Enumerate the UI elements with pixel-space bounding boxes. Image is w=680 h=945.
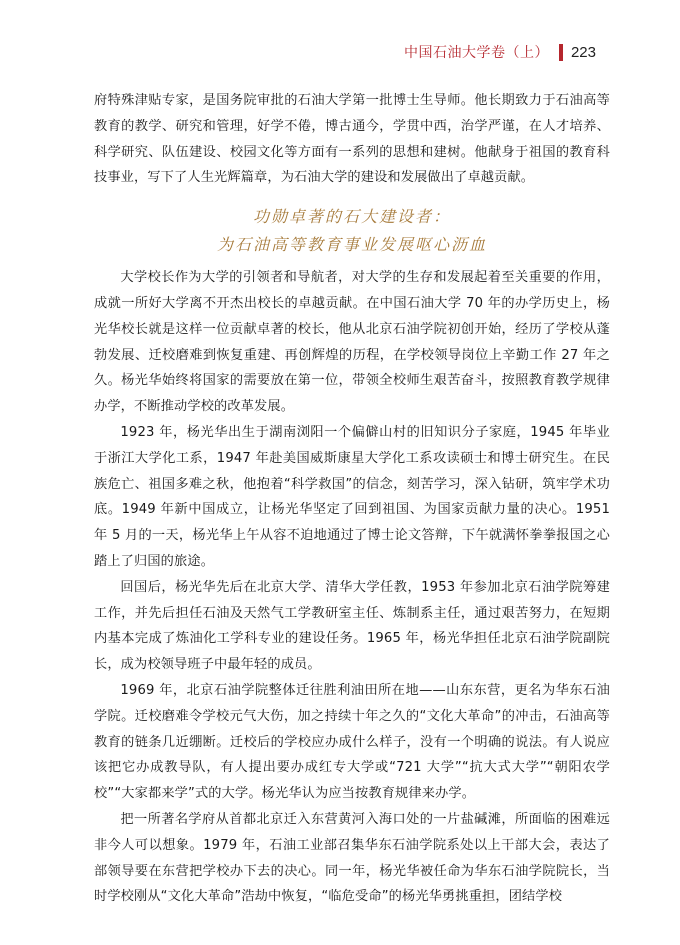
paragraph: 把一所著名学府从首都北京迁入东营黄河入海口处的一片盐碱滩，所面临的困难远非今人可… [94,807,610,910]
paragraph: 1969 年，北京石油学院整体迁往胜利油田所在地——山东东营，更名为华东石油学院… [94,678,610,807]
paragraph: 回国后，杨光华先后在北京大学、清华大学任教，1953 年参加北京石油学院筹建工作… [94,575,610,678]
paragraph: 1923 年，杨光华出生于湖南浏阳一个偏僻山村的旧知识分子家庭，1945 年毕业… [94,420,610,575]
section-title-line-1: 功勋卓著的石大建设者： [94,203,610,231]
page-number: 223 [571,44,596,61]
section-title-line-2: 为石油高等教育事业发展呕心沥血 [94,231,610,259]
page-body: 府特殊津贴专家，是国务院审批的石油大学第一批博士生导师。他长期致力于石油高等教育… [94,88,610,910]
header-divider [559,44,563,61]
book-title: 中国石油大学卷（上） [404,42,549,62]
section-title: 功勋卓著的石大建设者： 为石油高等教育事业发展呕心沥血 [94,203,610,259]
running-header: 中国石油大学卷（上） 223 [404,42,596,62]
paragraph: 大学校长作为大学的引领者和导航者，对大学的生存和发展起着至关重要的作用，成就一所… [94,265,610,420]
paragraph-continued: 府特殊津贴专家，是国务院审批的石油大学第一批博士生导师。他长期致力于石油高等教育… [94,88,610,191]
